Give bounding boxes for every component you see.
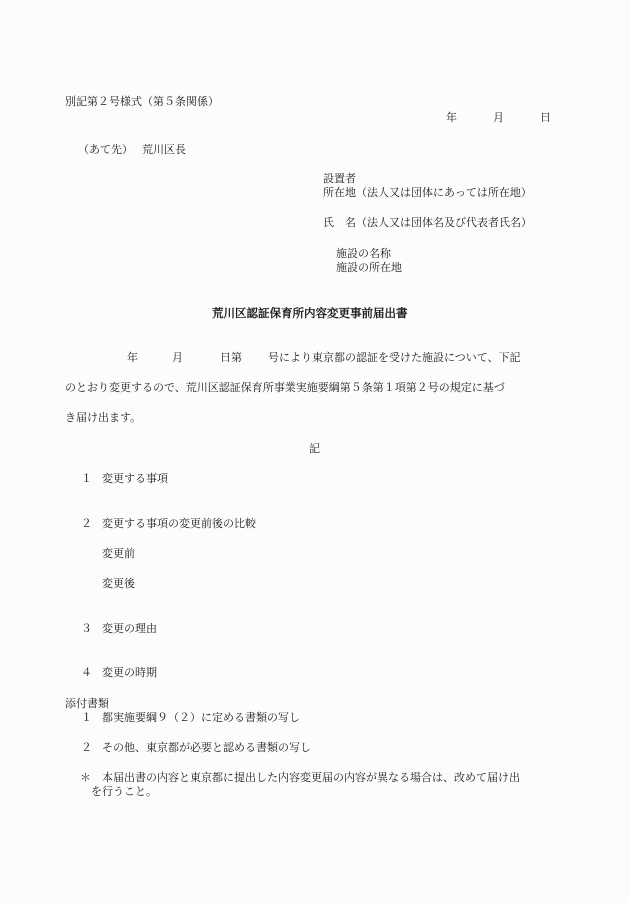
note-line1: 本届出書の内容と東京都に提出した内容変更届の内容が異なる場合は、改めて届け出 (102, 771, 520, 785)
attachments-heading: 添付書類 (65, 697, 109, 711)
after-label: 変更後 (102, 577, 135, 591)
body-day-no: 日第 (220, 351, 242, 365)
body-year: 年 (127, 351, 138, 365)
body-line1-rest: 号により東京都の認証を受けた施設について、下記 (268, 351, 521, 365)
attachment-number: ２ (81, 741, 92, 755)
item-label: 変更の時期 (102, 666, 157, 680)
item-label: 変更の理由 (102, 622, 157, 636)
item-label: 変更する事項の変更前後の比較 (102, 517, 256, 531)
item-number: ２ (81, 517, 92, 531)
item-number: １ (81, 472, 92, 486)
facility-name-label: 施設の名称 (336, 247, 391, 261)
date-month: 月 (493, 111, 504, 125)
addressee: （あて先） 荒川区長 (78, 143, 186, 157)
before-label: 変更前 (102, 547, 135, 561)
ki-heading: 記 (309, 442, 320, 456)
item-number: ３ (81, 622, 92, 636)
note-line2: を行うこと。 (91, 785, 157, 799)
item-label: 変更する事項 (102, 472, 168, 486)
attachment-label: 都実施要綱９（２）に定める書類の写し (102, 711, 300, 725)
name-label: 氏 名（法人又は団体名及び代表者氏名） (323, 216, 532, 230)
address-label: 所在地（法人又は団体にあっては所在地） (323, 186, 532, 200)
item-number: ４ (81, 666, 92, 680)
facility-address-label: 施設の所在地 (336, 261, 402, 275)
note-mark: ＊ (80, 771, 91, 785)
date-year: 年 (446, 111, 457, 125)
body-month: 月 (172, 351, 183, 365)
date-day: 日 (540, 111, 551, 125)
attachment-label: その他、東京都が必要と認める書類の写し (102, 741, 311, 755)
body-line3: き届け出ます。 (65, 411, 141, 425)
body-line2: のとおり変更するので、荒川区認証保育所事業実施要綱第５条第１項第２号の規定に基づ (65, 381, 505, 395)
establisher-label: 設置者 (323, 172, 356, 186)
form-label: 別記第２号様式（第５条関係） (65, 95, 219, 109)
attachment-number: １ (81, 711, 92, 725)
document-title: 荒川区認証保育所内容変更事前届出書 (212, 306, 408, 320)
